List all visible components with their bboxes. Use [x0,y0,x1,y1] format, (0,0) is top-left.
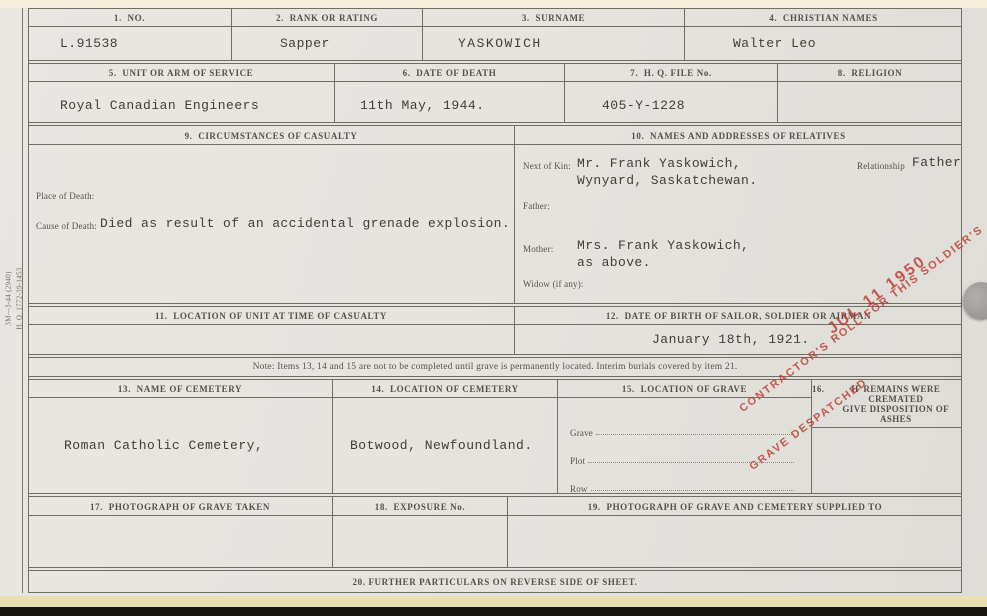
cause-of-death-label: Cause of Death: [36,221,97,231]
field-surname-value: YASKOWICH [423,27,684,60]
field-religion: 8. RELIGION [778,63,962,122]
field-cemetery-name: 13. NAME OF CEMETERY Roman Catholic Ceme… [28,379,333,493]
field-ashes-value [812,428,962,493]
grave-dotted-line [596,434,794,435]
widow-label: Widow (if any): [523,279,584,289]
field-exposure: 18. EXPOSURE No. [333,497,508,567]
field-no-value: L.91538 [28,27,231,60]
next-of-kin-line1: Mr. Frank Yaskowich, [577,156,741,173]
field-grave-location: 15. LOCATION OF GRAVE Grave Plot Row [558,379,812,493]
grave-line: Grave [570,428,798,438]
field-ashes-label-line2: GIVE DISPOSITION OF ASHES [842,404,949,424]
row-label: Row [570,484,588,494]
field-cemetery-name-value: Roman Catholic Cemetery, [28,398,332,493]
field-hq-file: 7. H. Q. FILE No. 405-Y-1228 [565,63,778,122]
field-date-of-death-value: 11th May, 1944. [335,98,564,122]
field-date-of-death-label: 6. DATE OF DEATH [335,63,564,82]
field-rank: 2. RANK OR RATING Sapper [232,8,423,60]
field-unit-location-value [28,325,514,354]
field-hq-file-label: 7. H. Q. FILE No. [565,63,777,82]
field-ashes-number: 16. [812,384,824,394]
field-religion-label: 8. RELIGION [778,63,962,82]
field-religion-value [778,113,962,122]
next-of-kin-line2: Wynyard, Saskatchewan. [577,173,757,190]
field-date-of-death: 6. DATE OF DEATH 11th May, 1944. [335,63,565,122]
cause-of-death-value: Died as result of an accidental grenade … [100,216,510,233]
mother-line1: Mrs. Frank Yaskowich, [577,238,749,255]
relationship-label: Relationship [857,161,905,171]
field-photo-taken: 17. PHOTOGRAPH OF GRAVE TAKEN [28,497,333,567]
field-christian-names-value: Walter Leo [685,27,962,60]
field-exposure-label: 18. EXPOSURE No. [333,497,507,516]
field-further-particulars: 20. FURTHER PARTICULARS ON REVERSE SIDE … [28,571,962,592]
field-exposure-value [333,516,507,567]
field-photo-supplied-value [508,516,962,567]
field-christian-names-label: 4. CHRISTIAN NAMES [685,8,962,27]
field-photo-taken-label: 17. PHOTOGRAPH OF GRAVE TAKEN [28,497,332,516]
scan-bottom-band [0,607,987,616]
field-unit-location-label: 11. LOCATION OF UNIT AT TIME OF CASUALTY [28,306,514,325]
field-christian-names: 4. CHRISTIAN NAMES Walter Leo [685,8,962,60]
field-photo-supplied-label: 19. PHOTOGRAPH OF GRAVE AND CEMETERY SUP… [508,497,962,516]
field-surname: 3. SURNAME YASKOWICH [423,8,685,60]
form-note: Note: Items 13, 14 and 15 are not to be … [28,358,962,376]
field-hq-file-value: 405-Y-1228 [565,98,777,122]
father-label: Father: [523,201,550,211]
field-no-label: 1. NO. [28,8,231,27]
scan-top-margin [0,0,987,8]
casualty-record-card: 1. NO. L.91538 2. RANK OR RATING Sapper … [0,0,987,616]
field-date-of-birth-value: January 18th, 1921. [515,325,962,354]
section-relatives-label: 10. NAMES AND ADDRESSES OF RELATIVES [515,126,962,145]
relationship-value: Father [912,155,961,172]
form-code: 3M—3-44 (2940) H. Q. 1772-39-1453 [4,249,25,349]
field-unit-value: Royal Canadian Engineers [28,98,334,122]
section-circumstances-label: 9. CIRCUMSTANCES OF CASUALTY [28,126,514,145]
row-line: Row [570,484,798,494]
field-rank-label: 2. RANK OR RATING [232,8,422,27]
field-cemetery-location-label: 14. LOCATION OF CEMETERY [333,379,557,398]
circumstances-body: Place of Death: Cause of Death: Died as … [28,145,514,303]
mother-label: Mother: [523,244,553,254]
field-no: 1. NO. L.91538 [28,8,232,60]
field-rank-value: Sapper [232,27,422,60]
plot-label: Plot [570,456,585,466]
field-photo-supplied: 19. PHOTOGRAPH OF GRAVE AND CEMETERY SUP… [508,497,962,567]
field-unit-label: 5. UNIT OR ARM OF SERVICE [28,63,334,82]
scan-bottom-margin [0,596,987,607]
section-circumstances: 9. CIRCUMSTANCES OF CASUALTY Place of De… [28,126,515,303]
field-date-of-birth: 12. DATE OF BIRTH OF SAILOR, SOLDIER OR … [515,306,962,354]
field-further-particulars-label: 20. FURTHER PARTICULARS ON REVERSE SIDE … [28,577,962,587]
row-dotted-line [591,490,794,491]
form-code-line2: H. Q. 1772-39-1453 [15,267,23,329]
field-date-of-birth-label: 12. DATE OF BIRTH OF SAILOR, SOLDIER OR … [515,306,962,325]
field-surname-label: 3. SURNAME [423,8,684,27]
field-unit: 5. UNIT OR ARM OF SERVICE Royal Canadian… [28,63,335,122]
next-of-kin-label: Next of Kin: [523,161,571,171]
field-unit-location: 11. LOCATION OF UNIT AT TIME OF CASUALTY [28,306,515,354]
place-of-death-label: Place of Death: [36,191,94,201]
field-cemetery-location: 14. LOCATION OF CEMETERY Botwood, Newfou… [333,379,558,493]
grave-label: Grave [570,428,593,438]
next-page-tab[interactable] [963,282,987,320]
field-cemetery-name-label: 13. NAME OF CEMETERY [28,379,332,398]
mother-line2: as above. [577,255,651,272]
field-cemetery-location-value: Botwood, Newfoundland. [333,398,557,493]
field-photo-taken-value [28,516,332,567]
form-code-line1: 3M—3-44 (2940) [5,271,13,325]
